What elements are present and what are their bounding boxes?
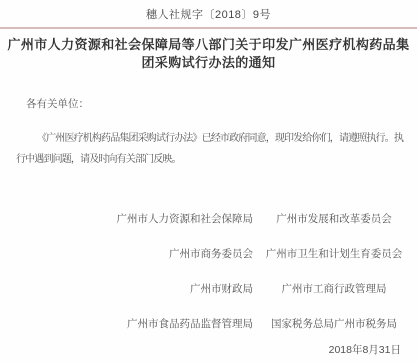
issue-date: 2018年8月31日 xyxy=(0,342,417,357)
salutation: 各有关单位： xyxy=(26,98,417,111)
signature-dept: 广州市卫生和计划生育委员会 xyxy=(265,249,403,260)
signature-block: 广州市人力资源和社会保障局 广州市发展和改革委员会 广州市商务委员会 广州市卫生… xyxy=(0,214,417,330)
notice-title-line-1: 广州市人力资源和社会保障局等八部门关于印发广州医疗机构药品集 xyxy=(6,36,411,54)
notice-title: 广州市人力资源和社会保障局等八部门关于印发广州医疗机构药品集 团采购试行办法的通… xyxy=(6,36,411,72)
signature-row: 广州市人力资源和社会保障局 广州市发展和改革委员会 xyxy=(0,214,417,225)
signature-row: 广州市商务委员会 广州市卫生和计划生育委员会 xyxy=(0,249,417,260)
paragraph-line-2: 行中遇到问题，请及时向有关部门反映。 xyxy=(16,149,404,170)
signature-row: 广州市财政局 广州市工商行政管理局 xyxy=(0,284,417,295)
signature-dept: 广州市财政局 xyxy=(101,284,253,295)
signature-dept: 广州市工商行政管理局 xyxy=(265,284,403,295)
signature-row: 广州市食品药品监督管理局 国家税务总局广州市税务局 xyxy=(0,319,417,330)
header-divider xyxy=(0,27,417,29)
body-paragraph: 《广州医疗机构药品集团采购试行办法》已经市政府同意，现印发给你们，请遵照执行。执… xyxy=(16,128,404,170)
signature-dept: 广州市商务委员会 xyxy=(101,249,253,260)
paragraph-line-1: 《广州医疗机构药品集团采购试行办法》已经市政府同意，现印发给你们，请遵照执行。执 xyxy=(16,128,404,149)
signature-dept: 广州市发展和改革委员会 xyxy=(265,214,403,225)
signature-dept: 国家税务总局广州市税务局 xyxy=(265,319,403,330)
signature-dept: 广州市人力资源和社会保障局 xyxy=(101,214,253,225)
notice-document: 穗人社规字〔2018〕9号 广州市人力资源和社会保障局等八部门关于印发广州医疗机… xyxy=(0,0,417,362)
notice-title-line-2: 团采购试行办法的通知 xyxy=(6,54,411,72)
doc-number: 穗人社规字〔2018〕9号 xyxy=(0,0,417,22)
signature-dept: 广州市食品药品监督管理局 xyxy=(101,319,253,330)
